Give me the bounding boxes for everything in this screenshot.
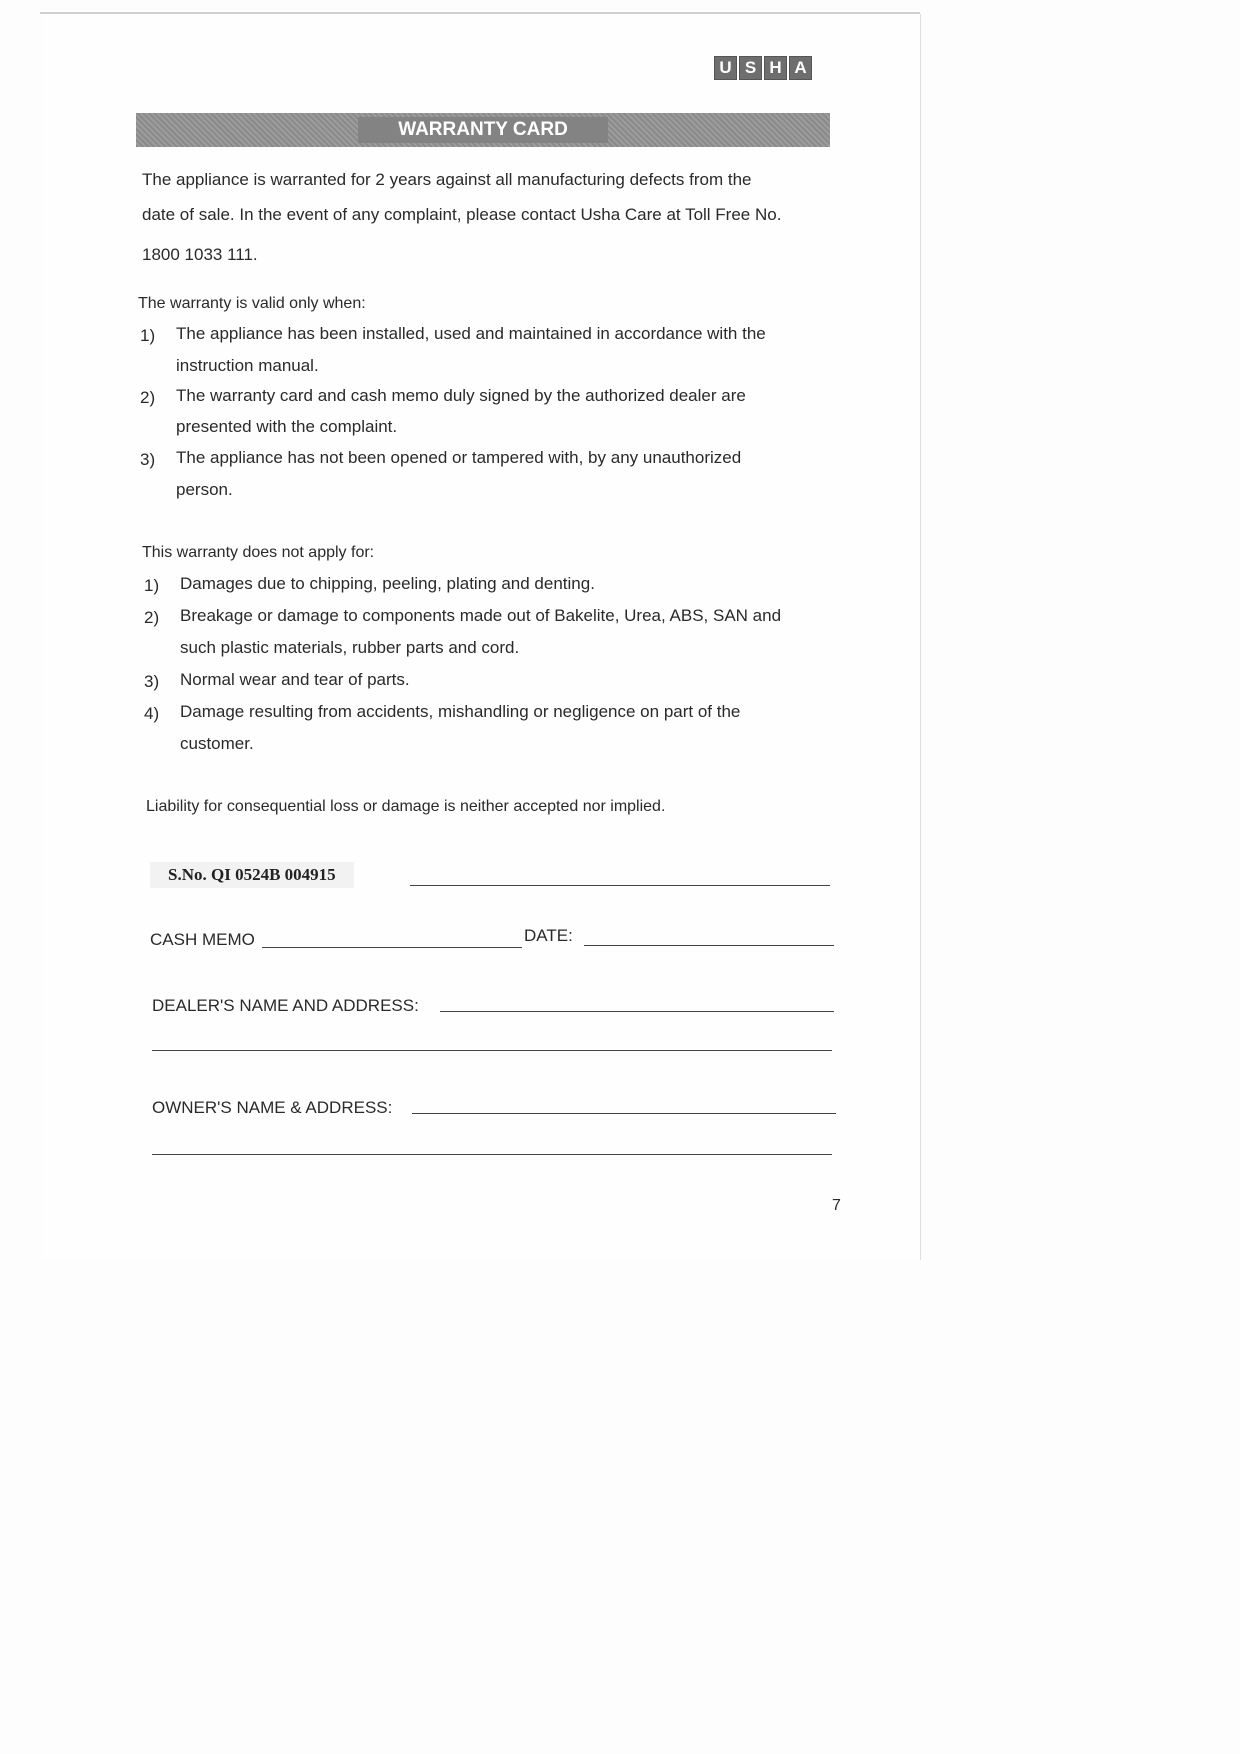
logo-letter: S: [739, 56, 762, 80]
logo-letter: U: [714, 56, 737, 80]
list-item: Breakage or damage to components made ou…: [180, 606, 781, 626]
list-item: presented with the complaint.: [176, 417, 397, 437]
list-item: Normal wear and tear of parts.: [180, 670, 410, 690]
list-number: 2): [140, 388, 155, 408]
liability-statement: Liability for consequential loss or dama…: [146, 797, 665, 817]
list-number: 3): [140, 450, 155, 470]
logo-letter: H: [764, 56, 787, 80]
valid-heading: The warranty is valid only when:: [138, 294, 366, 314]
page-number: 7: [832, 1197, 841, 1215]
list-item: The warranty card and cash memo duly sig…: [176, 386, 746, 406]
intro-line: The appliance is warranted for 2 years a…: [142, 170, 752, 190]
dealer-field-line2[interactable]: [152, 1050, 832, 1051]
cash-memo-label: CASH MEMO: [150, 930, 255, 950]
list-number: 3): [144, 672, 159, 692]
serial-line[interactable]: [410, 885, 830, 886]
date-label: DATE:: [524, 926, 573, 946]
list-item: customer.: [180, 734, 254, 754]
exclusions-heading: This warranty does not apply for:: [142, 543, 374, 563]
usha-logo: U S H A: [714, 56, 812, 80]
logo-letter: A: [789, 56, 812, 80]
cash-memo-field[interactable]: [262, 947, 522, 948]
serial-number: S.No. QI 0524B 004915: [150, 862, 354, 888]
dealer-label: DEALER'S NAME AND ADDRESS:: [152, 996, 419, 1016]
list-item: Damages due to chipping, peeling, platin…: [180, 574, 595, 594]
list-item: The appliance has been installed, used a…: [176, 324, 766, 344]
list-item: instruction manual.: [176, 356, 319, 376]
list-item: person.: [176, 480, 233, 500]
list-number: 2): [144, 608, 159, 628]
owner-field-line2[interactable]: [152, 1154, 832, 1155]
owner-label: OWNER'S NAME & ADDRESS:: [152, 1098, 392, 1118]
warranty-page: [42, 14, 920, 1260]
dealer-field[interactable]: [440, 1011, 834, 1012]
list-item: Damage resulting from accidents, mishand…: [180, 702, 740, 722]
intro-line: date of sale. In the event of any compla…: [142, 205, 781, 225]
list-number: 1): [144, 576, 159, 596]
owner-field[interactable]: [412, 1113, 836, 1114]
title-banner: WARRANTY CARD: [136, 113, 830, 147]
list-number: 4): [144, 704, 159, 724]
intro-line: 1800 1033 111.: [142, 245, 258, 265]
list-number: 1): [140, 326, 155, 346]
date-field[interactable]: [584, 945, 834, 946]
list-item: The appliance has not been opened or tam…: [176, 448, 741, 468]
list-item: such plastic materials, rubber parts and…: [180, 638, 519, 658]
page-title: WARRANTY CARD: [358, 117, 608, 143]
